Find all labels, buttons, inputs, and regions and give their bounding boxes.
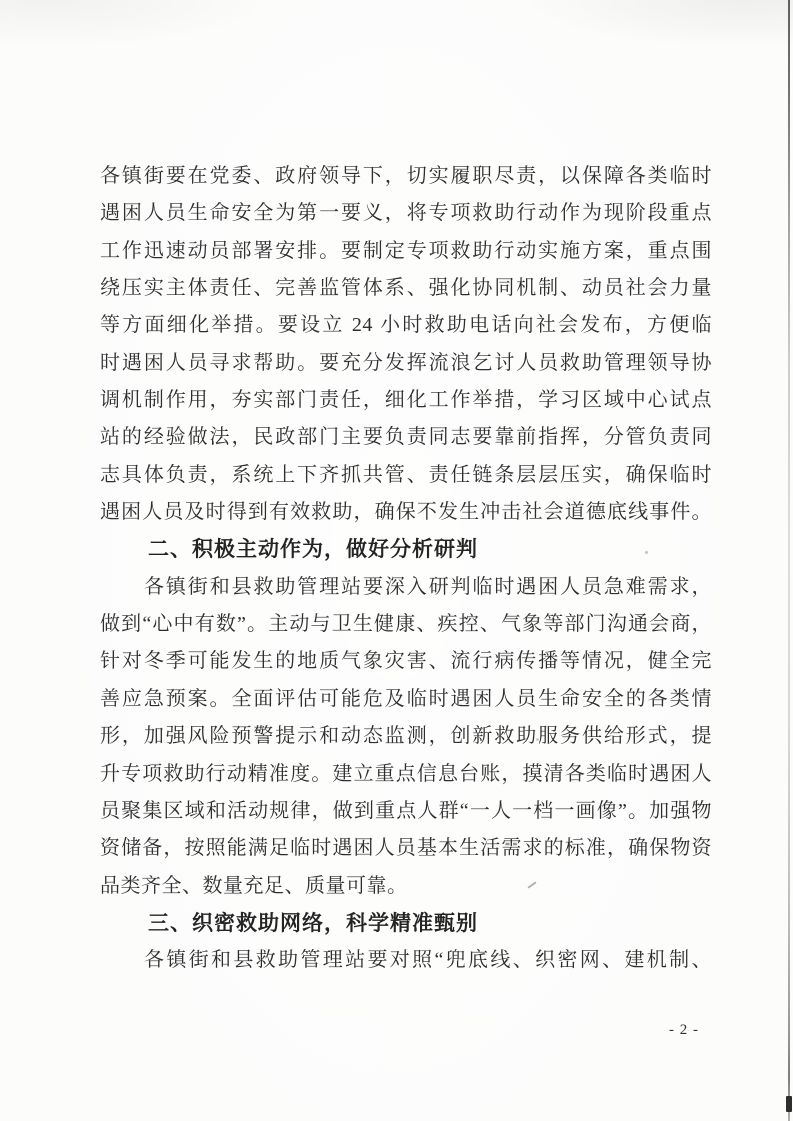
page-number: - 2 - bbox=[648, 1022, 720, 1039]
text-line: 站的经验做法，民政部门主要负责同志要靠前指挥，分管负责同 bbox=[100, 419, 712, 456]
text-line: 等方面细化举措。要设立 24 小时救助电话向社会发布，方便临 bbox=[100, 307, 712, 344]
section-heading: 三、织密救助网络，科学精准甄别 bbox=[100, 905, 712, 942]
text-line: 善应急预案。全面评估可能危及临时遇困人员生命安全的各类情 bbox=[100, 681, 712, 718]
scanned-document-page: 各镇街要在党委、政府领导下，切实履职尽责，以保障各类临时遇困人员生命安全为第一要… bbox=[0, 0, 793, 1121]
scan-edge-artifact bbox=[788, 0, 790, 1121]
text-line: 各镇街要在党委、政府领导下，切实履职尽责，以保障各类临时 bbox=[100, 158, 712, 195]
text-line: 升专项救助行动精准度。建立重点信息台账，摸清各类临时遇困人 bbox=[100, 756, 712, 793]
section-heading: 二、积极主动作为，做好分析研判 bbox=[100, 531, 712, 568]
text-line: 志具体负责，系统上下齐抓共管、责任链条层层压实，确保临时 bbox=[100, 457, 712, 494]
text-line: 针对冬季可能发生的地质气象灾害、流行病传播等情况，健全完 bbox=[100, 643, 712, 680]
text-line: 时遇困人员寻求帮助。要充分发挥流浪乞讨人员救助管理领导协 bbox=[100, 345, 712, 382]
text-line: 绕压实主体责任、完善监管体系、强化协同机制、动员社会力量 bbox=[100, 270, 712, 307]
text-line: 调机制作用，夯实部门责任，细化工作举措，学习区域中心试点 bbox=[100, 382, 712, 419]
text-line: 品类齐全、数量充足、质量可靠。 bbox=[100, 868, 712, 905]
scan-speck bbox=[536, 738, 539, 741]
text-line: 遇困人员生命安全为第一要义，将专项救助行动作为现阶段重点 bbox=[100, 195, 712, 232]
text-line: 员聚集区域和活动规律，做到重点人群“一人一档一画像”。加强物 bbox=[100, 793, 712, 830]
text-line: 遇困人员及时得到有效救助，确保不发生冲击社会道德底线事件。 bbox=[100, 494, 712, 531]
text-line: 各镇街和县救助管理站要对照“兜底线、织密网、建机制、 bbox=[100, 942, 712, 979]
text-line: 做到“心中有数”。主动与卫生健康、疾控、气象等部门沟通会商， bbox=[100, 606, 712, 643]
text-line: 资储备，按照能满足临时遇困人员基本生活需求的标准，确保物资 bbox=[100, 830, 712, 867]
text-line: 各镇街和县救助管理站要深入研判临时遇困人员急难需求， bbox=[100, 569, 712, 606]
scan-speck bbox=[645, 551, 648, 554]
text-line: 工作迅速动员部署安排。要制定专项救助行动实施方案，重点围 bbox=[100, 233, 712, 270]
document-body: 各镇街要在党委、政府领导下，切实履职尽责，以保障各类临时遇困人员生命安全为第一要… bbox=[100, 158, 712, 980]
text-line: 形，加强风险预警提示和动态监测，创新救助服务供给形式，提 bbox=[100, 718, 712, 755]
scan-edge-blob bbox=[786, 1096, 792, 1112]
